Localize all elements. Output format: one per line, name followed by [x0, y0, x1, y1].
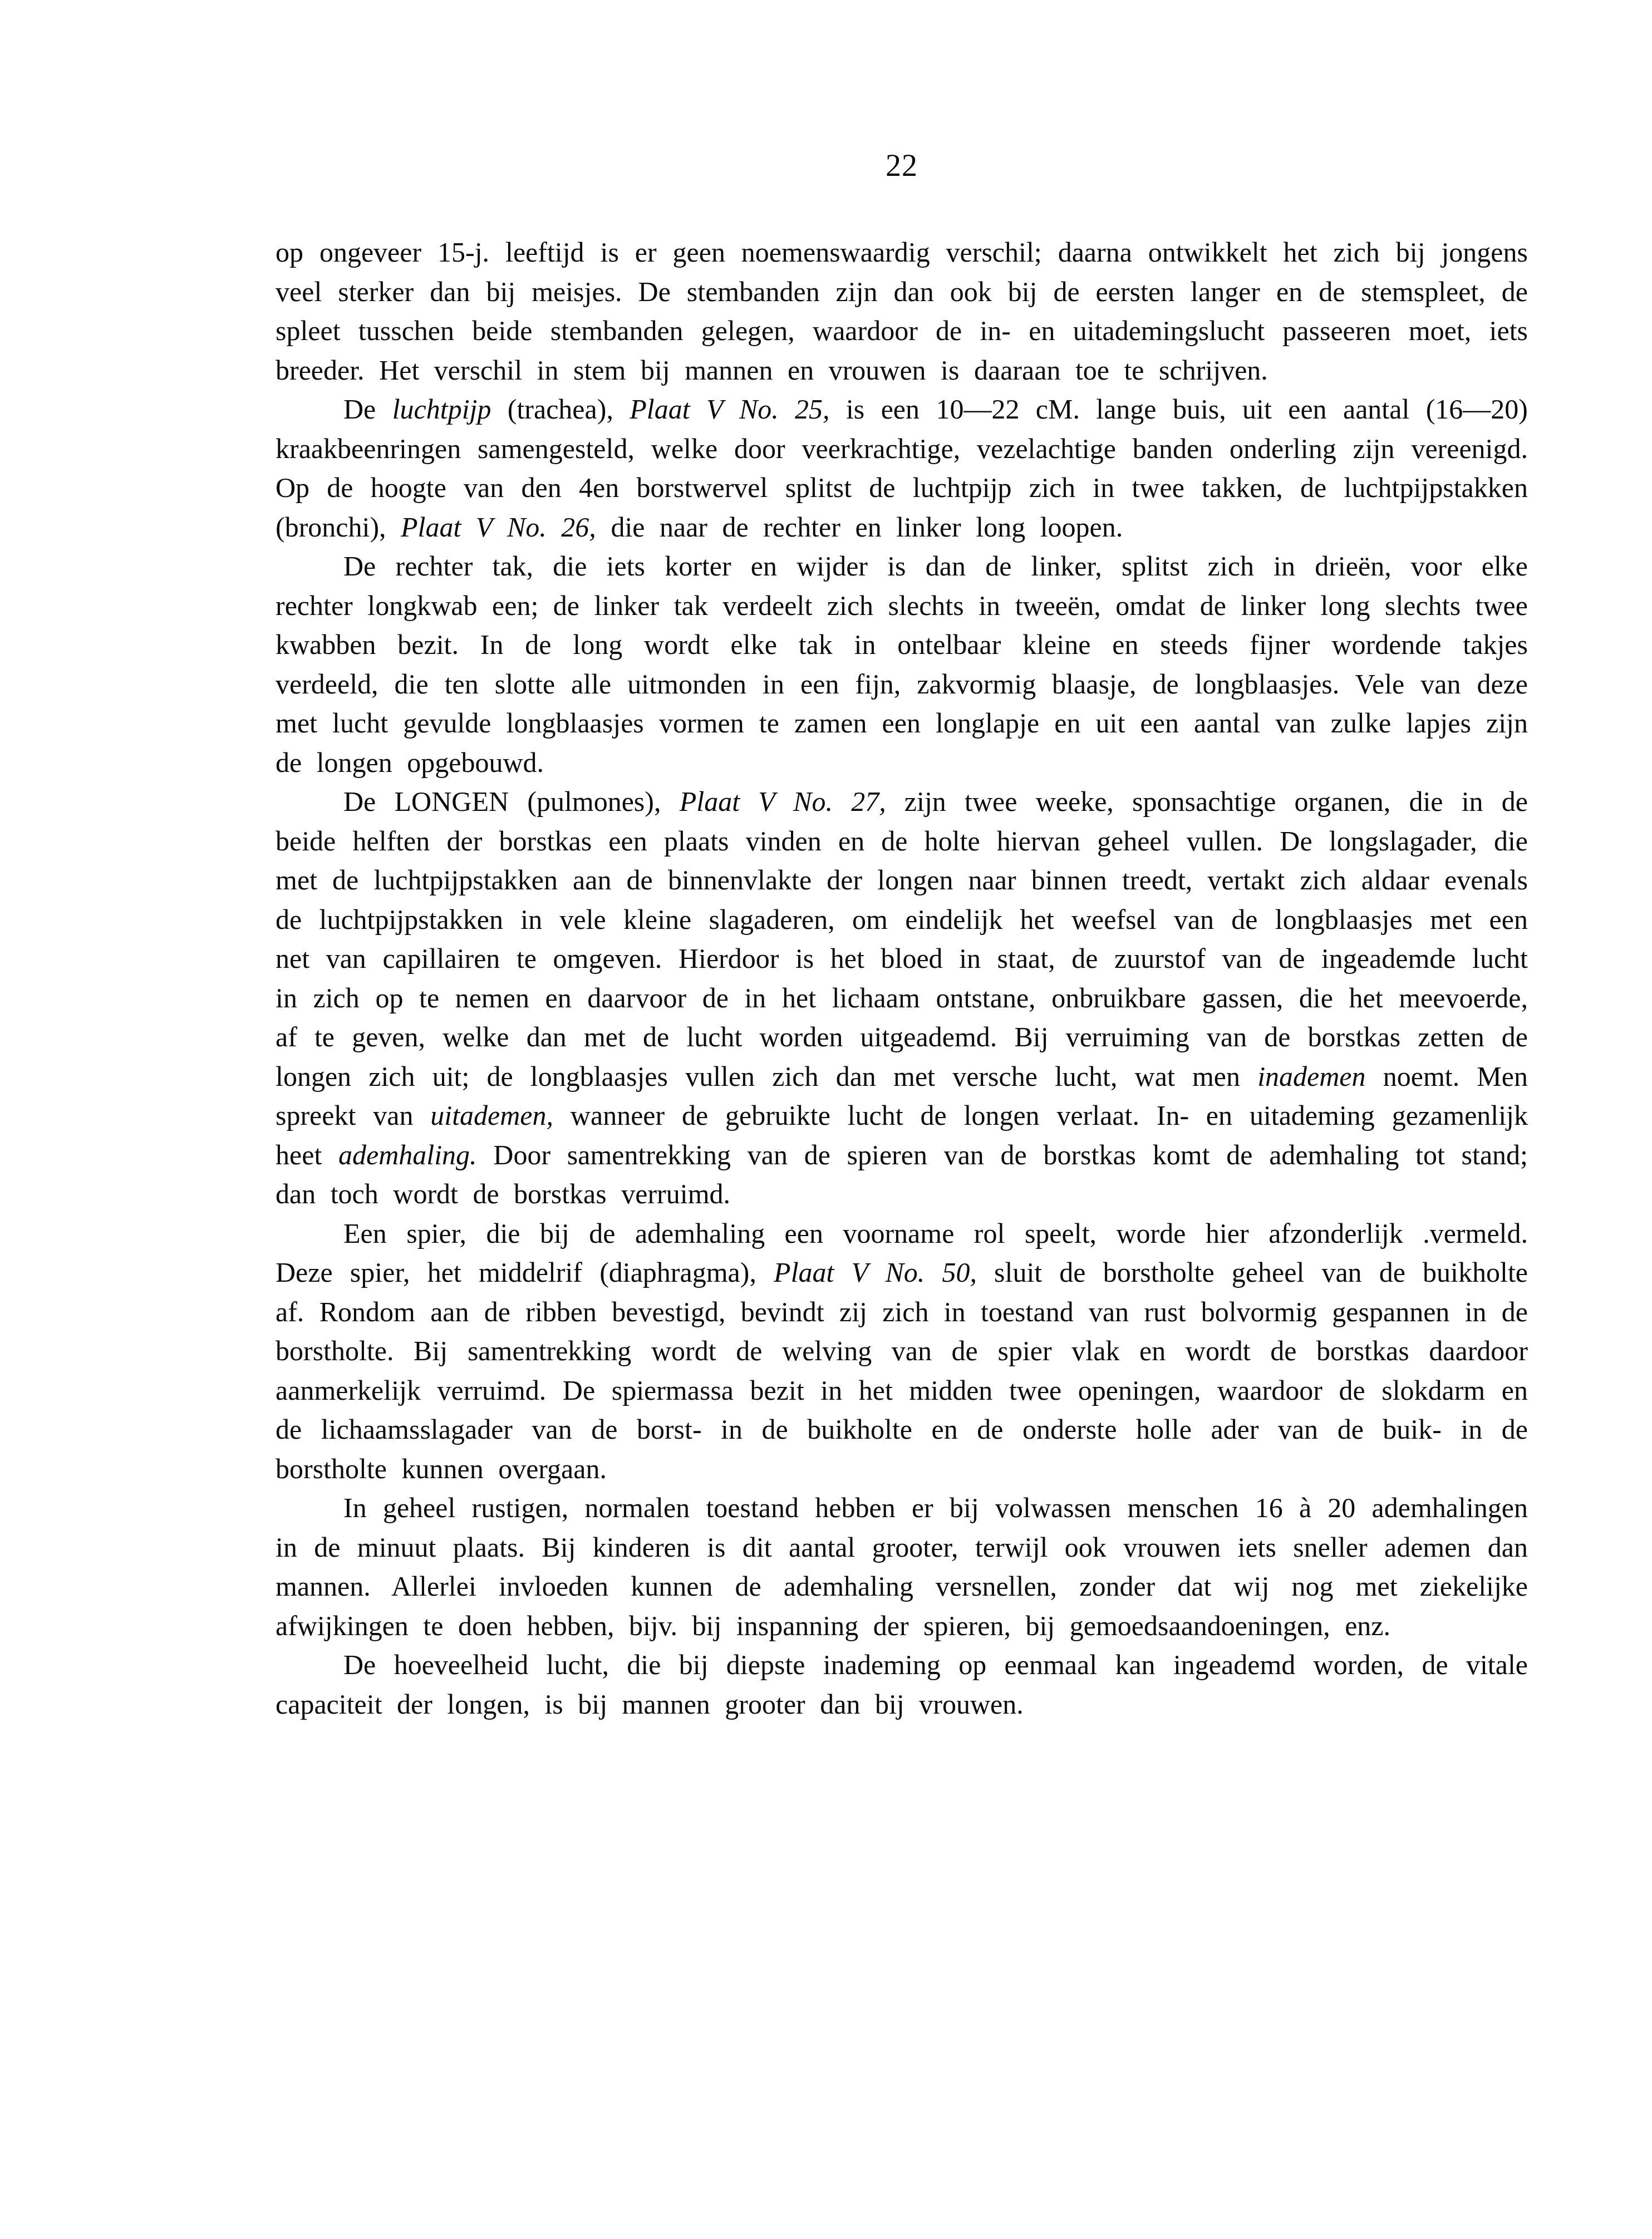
paragraph: Een spier, die bij de ademhaling een voo…	[276, 1214, 1528, 1489]
italic-text: Plaat V No. 50,	[774, 1257, 977, 1288]
italic-text: luchtpijp	[392, 393, 491, 425]
body-text: die naar de rechter en linker long loope…	[596, 511, 1123, 543]
body-text: De rechter tak, die iets korter en wijde…	[276, 550, 1528, 778]
body-text: De LONGEN (pulmones),	[343, 786, 680, 817]
body-text: De hoeveelheid lucht, die bij diepste in…	[276, 1649, 1528, 1720]
body-text: zijn twee weeke, sponsachtige organen, d…	[276, 786, 1528, 1092]
italic-text: Plaat V No. 26,	[401, 511, 596, 543]
italic-text: Plaat V No. 27,	[680, 786, 886, 817]
body-text: De	[343, 393, 392, 425]
page-number: 22	[276, 150, 1528, 181]
book-page: 22 op ongeveer 15-j. leeftijd is er geen…	[0, 0, 1652, 2239]
text-block: op ongeveer 15-j. leeftijd is er geen no…	[276, 233, 1528, 1724]
paragraph: De hoeveelheid lucht, die bij diepste in…	[276, 1645, 1528, 1724]
paragraph: De luchtpijp (trachea), Plaat V No. 25, …	[276, 390, 1528, 547]
italic-text: inademen	[1257, 1061, 1365, 1092]
paragraph: In geheel rustigen, normalen toestand he…	[276, 1488, 1528, 1645]
paragraph: op ongeveer 15-j. leeftijd is er geen no…	[276, 233, 1528, 390]
italic-text: ademhaling.	[338, 1139, 477, 1170]
body-text: (trachea),	[491, 393, 630, 425]
body-text: In geheel rustigen, normalen toestand he…	[276, 1492, 1528, 1641]
body-text: op ongeveer 15-j. leeftijd is er geen no…	[276, 237, 1528, 386]
body-text: sluit de borstholte geheel van de buikho…	[276, 1257, 1528, 1484]
italic-text: Plaat V No. 25,	[630, 393, 829, 425]
italic-text: uitademen,	[430, 1100, 553, 1131]
paragraph: De rechter tak, die iets korter en wijde…	[276, 547, 1528, 782]
paragraph: De LONGEN (pulmones), Plaat V No. 27, zi…	[276, 782, 1528, 1214]
